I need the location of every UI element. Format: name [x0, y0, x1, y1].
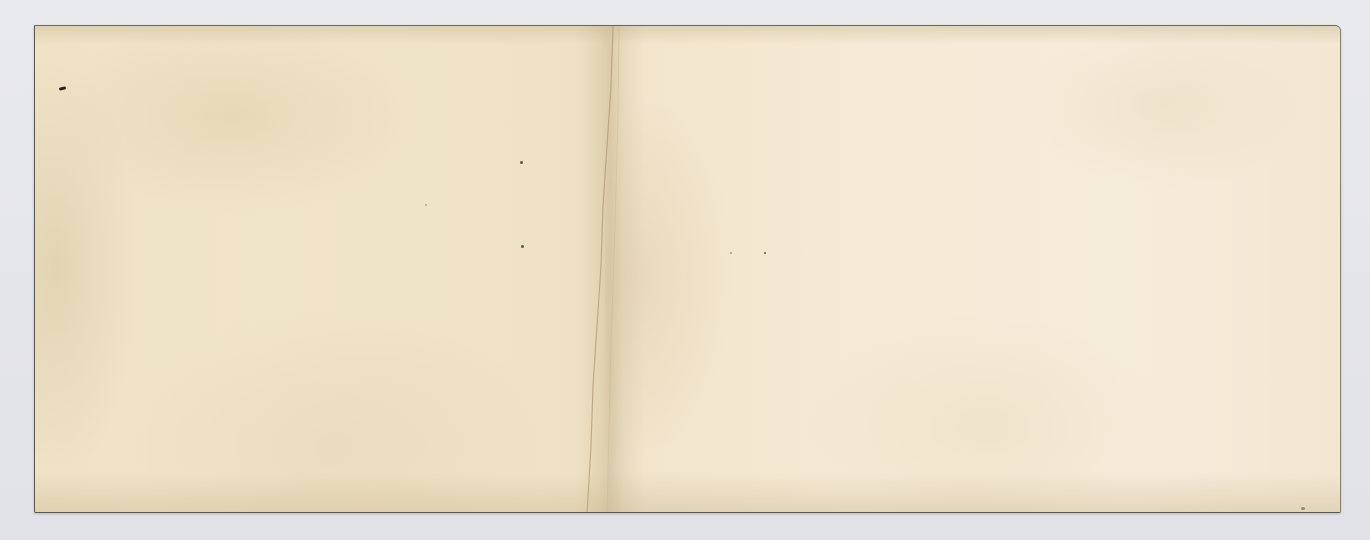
bottom-edge-discoloration: [35, 472, 1340, 512]
paper-right-panel: [605, 26, 1340, 512]
top-edge-discoloration: [35, 26, 1340, 44]
foxing-speck: [764, 252, 766, 254]
foxing-speck: [425, 204, 427, 206]
foxing-speck: [1301, 507, 1305, 510]
paper-left-panel: [35, 26, 605, 512]
foxing-speck: [730, 252, 732, 254]
foxing-speck: [521, 245, 524, 248]
paper-sheet: [34, 25, 1341, 513]
center-fold-shadow: [575, 26, 645, 512]
foxing-speck: [520, 161, 523, 164]
